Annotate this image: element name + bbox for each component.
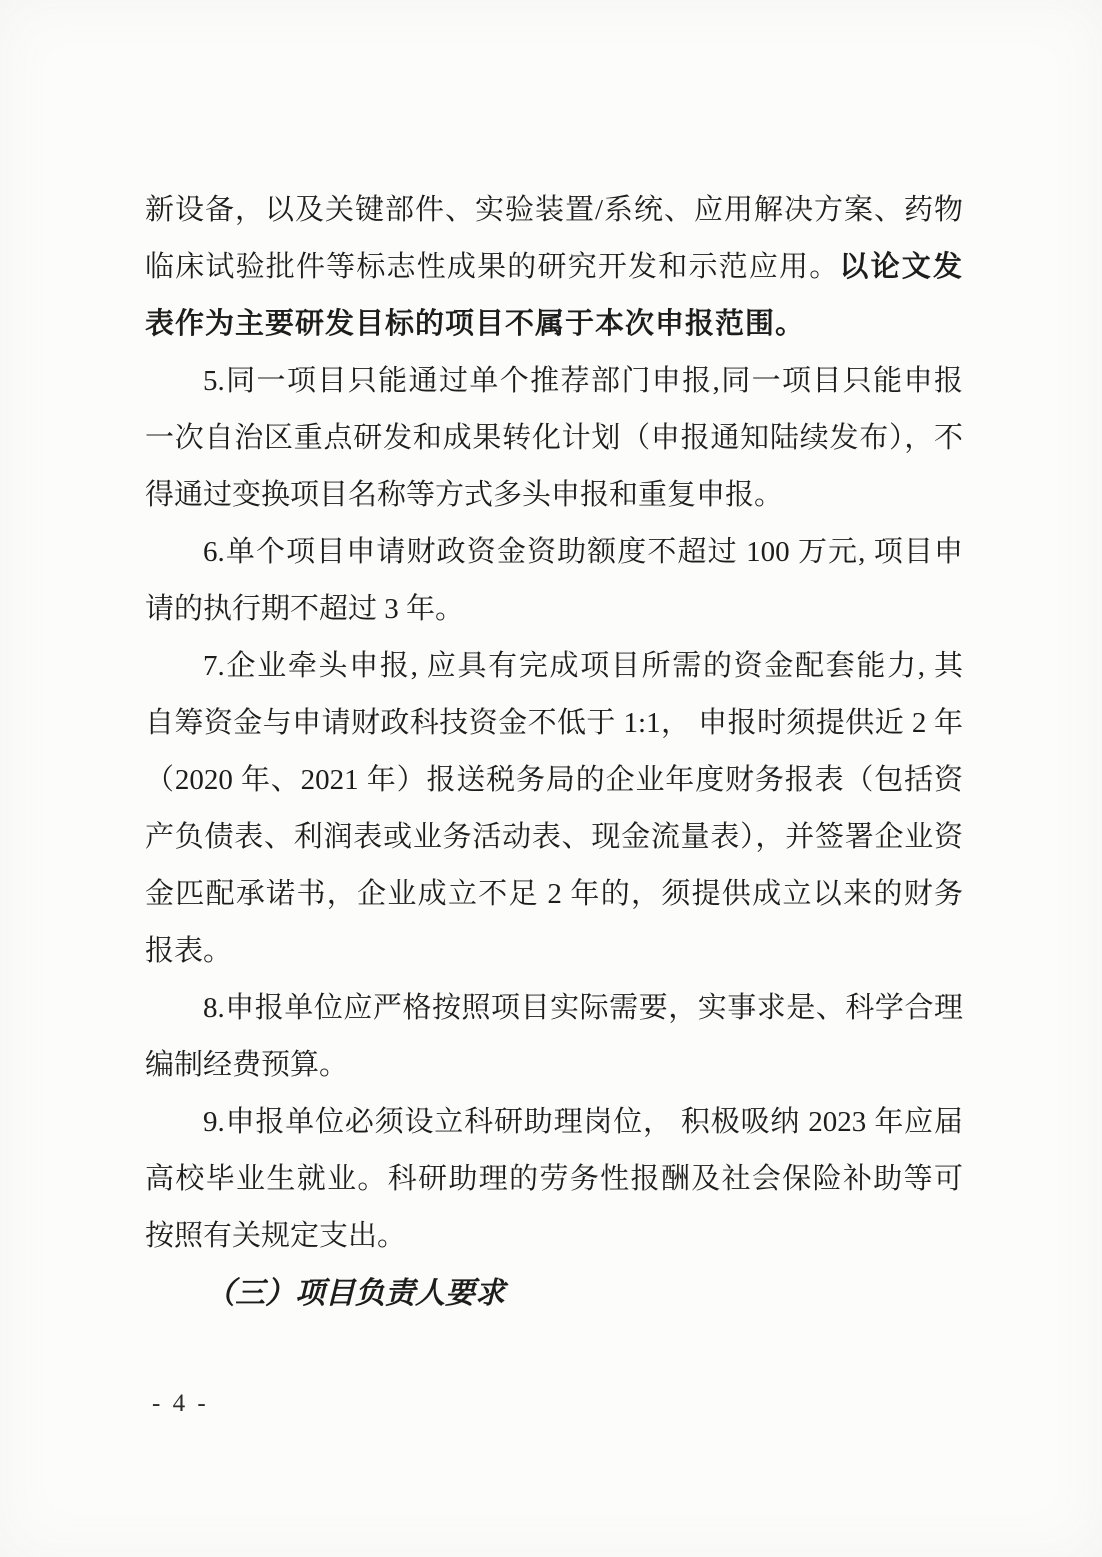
text-segment: 9.申报单位必须设立科研助理岗位， 积极吸纳 2023 年应届 [203,1106,963,1138]
document-page: 新设备，以及关键部件、实验装置/系统、应用解决方案、药物临床试验批件等标志性成果… [0,0,1102,1557]
text-line: 高校毕业生就业。科研助理的劳务性报酬及社会保险补助等可 [145,1151,963,1208]
text-line: （三）项目负责人要求 [145,1265,963,1322]
text-segment: 编制经费预算。 [145,1049,348,1081]
paragraph: 7.企业牵头申报, 应具有完成项目所需的资金配套能力, 其自筹资金与申请财政科技… [145,638,963,980]
text-line: 报表。 [145,923,963,980]
text-segment: 临床试验批件等标志性成果的研究开发和示范应用。 [145,251,839,283]
paragraph: 6.单个项目申请财政资金资助额度不超过 100 万元, 项目申请的执行期不超过 … [145,524,963,638]
text-line: 编制经费预算。 [145,1037,963,1094]
paragraph: 5.同一项目只能通过单个推荐部门申报,同一项目只能申报一次自治区重点研发和成果转… [145,353,963,524]
text-line: 9.申报单位必须设立科研助理岗位， 积极吸纳 2023 年应届 [145,1094,963,1151]
text-segment: 5.同一项目只能通过单个推荐部门申报,同一项目只能申报 [203,365,963,397]
text-line: 按照有关规定支出。 [145,1208,963,1265]
text-line: （2020 年、2021 年）报送税务局的企业年度财务报表（包括资 [145,752,963,809]
paragraph: 9.申报单位必须设立科研助理岗位， 积极吸纳 2023 年应届高校毕业生就业。科… [145,1094,963,1265]
text-line: 表作为主要研发目标的项目不属于本次申报范围。 [145,296,963,353]
text-segment: 一次自治区重点研发和成果转化计划（申报通知陆续发布），不 [145,422,963,454]
text-segment: （三）项目负责人要求 [205,1277,505,1310]
text-line: 6.单个项目申请财政资金资助额度不超过 100 万元, 项目申 [145,524,963,581]
paragraph: 8.申报单位应严格按照项目实际需要，实事求是、科学合理编制经费预算。 [145,980,963,1094]
text-line: 新设备，以及关键部件、实验装置/系统、应用解决方案、药物 [145,182,963,239]
emphasized-text: 以论文发 [839,251,963,283]
text-segment: 得通过变换项目名称等方式多头申报和重复申报。 [145,479,783,511]
text-line: 金匹配承诺书，企业成立不足 2 年的，须提供成立以来的财务 [145,866,963,923]
text-segment: 7.企业牵头申报, 应具有完成项目所需的资金配套能力, 其 [203,650,963,682]
emphasized-text: 表作为主要研发目标的项目不属于本次申报范围。 [145,308,805,340]
text-segment: 金匹配承诺书，企业成立不足 2 年的，须提供成立以来的财务 [145,878,963,910]
page-number: - 4 - [152,1390,209,1418]
section-heading: （三）项目负责人要求 [145,1265,963,1322]
text-line: 自筹资金与申请财政科技资金不低于 1:1， 申报时须提供近 2 年 [145,695,963,752]
text-segment: 自筹资金与申请财政科技资金不低于 1:1， 申报时须提供近 2 年 [145,707,963,739]
text-segment: （2020 年、2021 年）报送税务局的企业年度财务报表（包括资 [145,764,963,796]
text-line: 7.企业牵头申报, 应具有完成项目所需的资金配套能力, 其 [145,638,963,695]
text-line: 8.申报单位应严格按照项目实际需要，实事求是、科学合理 [145,980,963,1037]
paragraph: 新设备，以及关键部件、实验装置/系统、应用解决方案、药物临床试验批件等标志性成果… [145,182,963,353]
text-segment: 新设备，以及关键部件、实验装置/系统、应用解决方案、药物 [145,194,963,226]
text-segment: 8.申报单位应严格按照项目实际需要，实事求是、科学合理 [203,992,963,1024]
text-segment: 按照有关规定支出。 [145,1220,406,1252]
text-segment: 产负债表、利润表或业务活动表、现金流量表），并签署企业资 [145,821,963,853]
text-line: 临床试验批件等标志性成果的研究开发和示范应用。以论文发 [145,239,963,296]
text-line: 产负债表、利润表或业务活动表、现金流量表），并签署企业资 [145,809,963,866]
text-line: 得通过变换项目名称等方式多头申报和重复申报。 [145,467,963,524]
text-segment: 请的执行期不超过 3 年。 [145,593,464,625]
text-line: 一次自治区重点研发和成果转化计划（申报通知陆续发布），不 [145,410,963,467]
document-body: 新设备，以及关键部件、实验装置/系统、应用解决方案、药物临床试验批件等标志性成果… [145,182,963,1322]
text-segment: 报表。 [145,935,232,967]
text-line: 5.同一项目只能通过单个推荐部门申报,同一项目只能申报 [145,353,963,410]
text-line: 请的执行期不超过 3 年。 [145,581,963,638]
text-segment: 6.单个项目申请财政资金资助额度不超过 100 万元, 项目申 [203,536,963,568]
text-segment: 高校毕业生就业。科研助理的劳务性报酬及社会保险补助等可 [145,1163,963,1195]
